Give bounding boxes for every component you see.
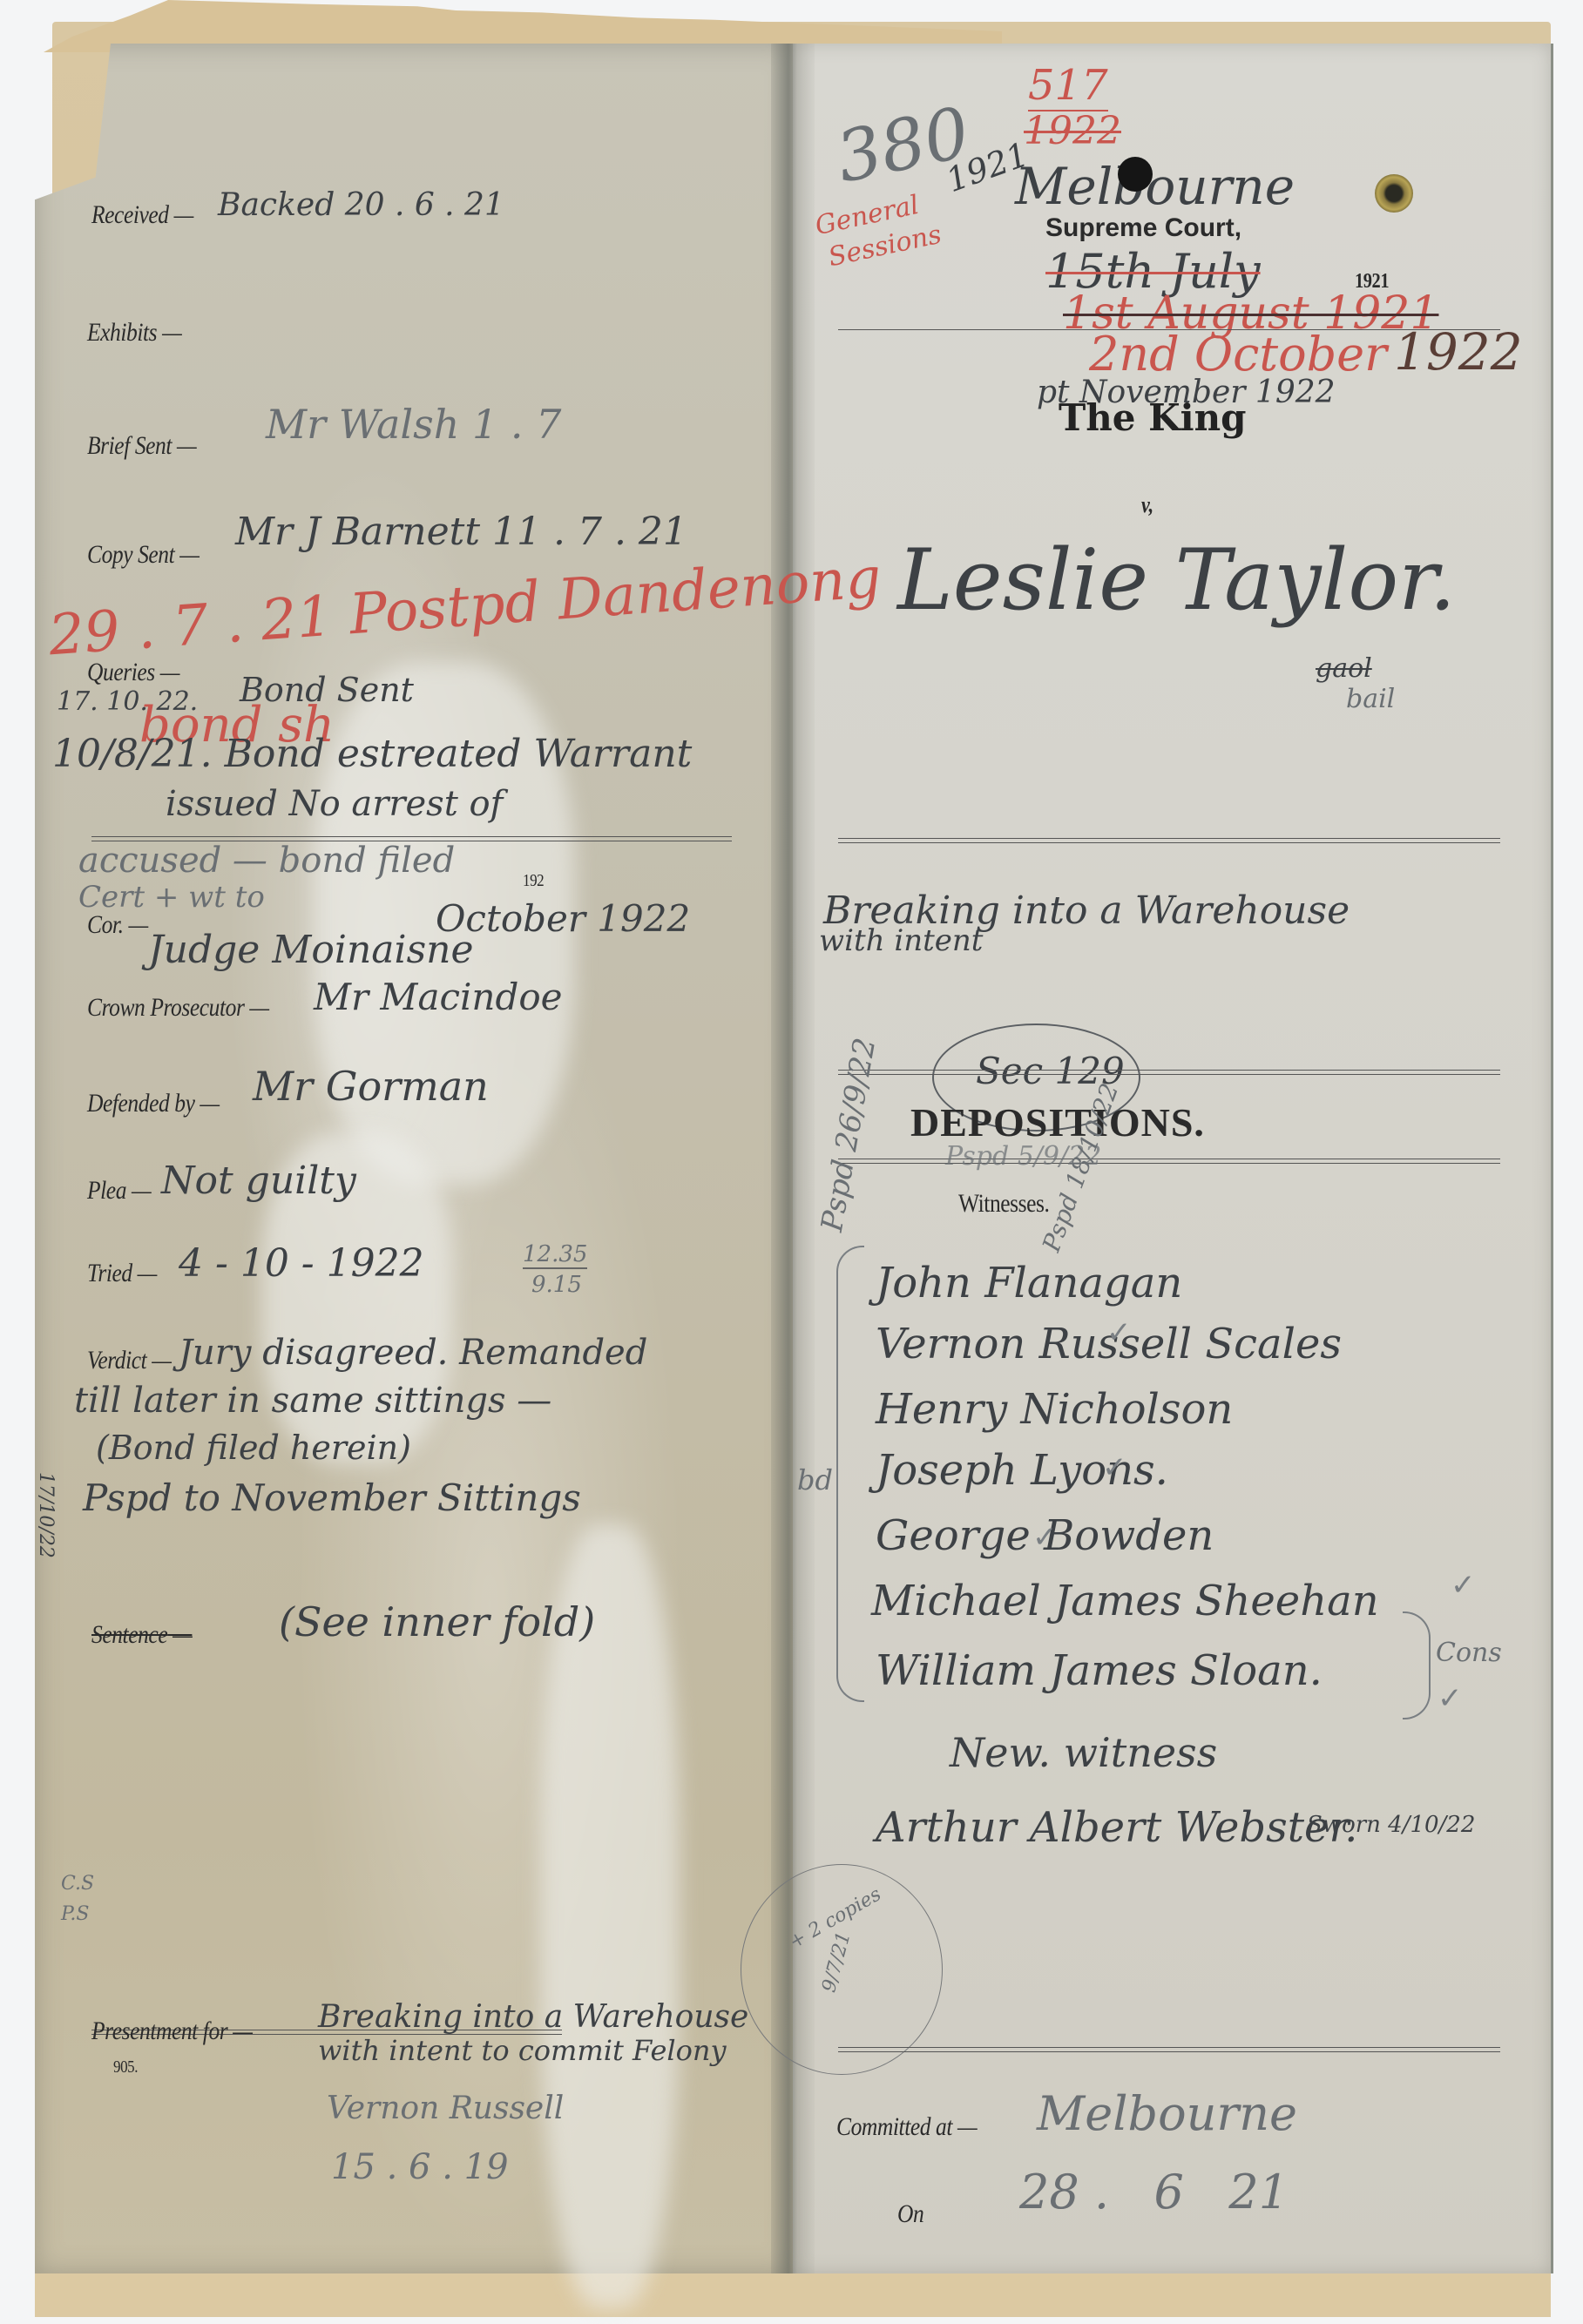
charge-rule-top bbox=[838, 838, 1500, 843]
form-number: 905. bbox=[113, 2057, 138, 2077]
bracket-note-left: bd bbox=[797, 1463, 833, 1496]
verdict-side-date: 17/10/22 bbox=[35, 1472, 57, 1558]
new-witness-note: Sworn 4/10/22 bbox=[1307, 1812, 1475, 1838]
committed-on-label: On bbox=[897, 2199, 923, 2229]
charge-line-2: with intent bbox=[819, 923, 983, 958]
check-icon: ✓ bbox=[1032, 1520, 1058, 1555]
tried-value: 4 - 10 - 1922 bbox=[179, 1241, 424, 1286]
custody-struck: gaol bbox=[1316, 653, 1372, 684]
committed-at-label: Committed at bbox=[836, 2112, 977, 2142]
received-label: Received bbox=[91, 200, 193, 230]
punch-hole bbox=[1118, 157, 1153, 192]
tried-time-2: 9.15 bbox=[531, 1272, 582, 1298]
verdict-line-1: Jury disagreed. Remanded bbox=[179, 1333, 647, 1373]
committed-at-value: Melbourne bbox=[1037, 2086, 1297, 2141]
cor-date: October 1922 bbox=[436, 897, 690, 940]
case-year-red: 1922 bbox=[1024, 109, 1121, 153]
accused-note-year: 192 bbox=[523, 871, 544, 891]
check-icon: ✓ bbox=[1102, 1450, 1127, 1485]
new-witness-label: New. witness bbox=[950, 1729, 1217, 1776]
date-red: 2nd October bbox=[1089, 327, 1387, 382]
cor-value: Judge Moinaisne bbox=[148, 928, 474, 972]
sentence-value: (See inner fold) bbox=[279, 1598, 595, 1645]
depositions-rule-top bbox=[838, 1070, 1500, 1075]
check-icon: ✓ bbox=[1106, 1315, 1132, 1350]
case-number-red: 517 bbox=[1028, 61, 1108, 111]
cons-bracket bbox=[1403, 1611, 1431, 1719]
witness-7: William James Sloan. bbox=[876, 1646, 1323, 1695]
brief-sent-label: Brief Sent bbox=[87, 431, 196, 461]
witnesses-label: Witnesses. bbox=[958, 1189, 1050, 1219]
accused-note-line-2: Cert + wt to bbox=[78, 880, 265, 915]
presentment-line-2: with intent to commit Felony bbox=[318, 2034, 727, 2067]
copy-sent-value: Mr J Barnett 11 . 7 . 21 bbox=[235, 510, 687, 554]
plea-label: Plea bbox=[87, 1176, 151, 1206]
party-the-king: The King bbox=[1059, 396, 1247, 439]
witness-bracket bbox=[836, 1246, 864, 1702]
presentment-date: 15 . 6 . 19 bbox=[331, 2147, 509, 2187]
presentment-signature: Vernon Russell bbox=[327, 2091, 564, 2126]
court-name: Supreme Court, bbox=[1045, 213, 1241, 243]
verdict-line-2: till later in same sittings — bbox=[74, 1381, 551, 1421]
received-value: Backed 20 . 6 . 21 bbox=[218, 187, 504, 223]
margin-note-cs: C.S bbox=[61, 1873, 94, 1895]
verdict-line-3: (Bond filed herein) bbox=[96, 1429, 411, 1467]
committed-rule bbox=[838, 2047, 1500, 2052]
court-city: Melbourne bbox=[1015, 157, 1295, 216]
tried-label: Tried bbox=[87, 1259, 157, 1288]
defended-by-value: Mr Gorman bbox=[253, 1063, 489, 1110]
margin-note-ps: P.S bbox=[61, 1903, 89, 1925]
cor-label: Cor. bbox=[87, 910, 148, 940]
sentence-label: Sentence bbox=[91, 1620, 192, 1650]
verdict-label: Verdict bbox=[87, 1346, 172, 1375]
new-witness-name: Arthur Albert Webster. bbox=[876, 1803, 1357, 1852]
bond-note-line-2: issued No arrest of bbox=[166, 784, 503, 824]
accused-name: Leslie Taylor. bbox=[897, 531, 1456, 629]
custody-current: bail bbox=[1346, 684, 1395, 714]
depositions-heading: DEPOSITIONS. bbox=[910, 1099, 1205, 1145]
copy-sent-label: Copy Sent bbox=[87, 540, 199, 570]
bottom-edge bbox=[35, 2273, 1551, 2317]
witness-1: John Flanagan bbox=[876, 1259, 1182, 1307]
presentment-label: Presentment for bbox=[91, 2017, 252, 2046]
brief-sent-value: Mr Walsh 1 . 7 bbox=[266, 401, 561, 448]
versus: v, bbox=[1141, 492, 1153, 518]
tried-time-1: 12.35 bbox=[523, 1241, 587, 1269]
verdict-last-line: Pspd to November Sittings bbox=[83, 1476, 581, 1519]
grommet bbox=[1375, 174, 1413, 213]
crown-prosecutor-value: Mr Macindoe bbox=[314, 976, 563, 1018]
bracket-note-right: Cons bbox=[1436, 1638, 1502, 1668]
crown-prosecutor-label: Crown Prosecutor bbox=[87, 993, 269, 1023]
witness-6: Michael James Sheehan bbox=[871, 1577, 1379, 1625]
check-icon: ✓ bbox=[1438, 1681, 1463, 1716]
exhibits-label: Exhibits bbox=[87, 318, 181, 348]
defended-by-label: Defended by bbox=[87, 1089, 220, 1118]
committed-on-value: 28 . 6 21 bbox=[1019, 2165, 1289, 2219]
depositions-rule-bottom bbox=[838, 1159, 1500, 1164]
witness-3: Henry Nicholson bbox=[876, 1385, 1233, 1434]
bond-note-line-1: 10/8/21. Bond estreated Warrant bbox=[52, 732, 692, 776]
check-icon: ✓ bbox=[1451, 1568, 1476, 1603]
date-red-year: 1922 bbox=[1394, 322, 1523, 382]
plea-value: Not guilty bbox=[161, 1159, 356, 1203]
accused-note-line-1: accused — bond filed bbox=[78, 841, 455, 881]
presentment-line-1: Breaking into a Warehouse bbox=[318, 1999, 748, 2035]
